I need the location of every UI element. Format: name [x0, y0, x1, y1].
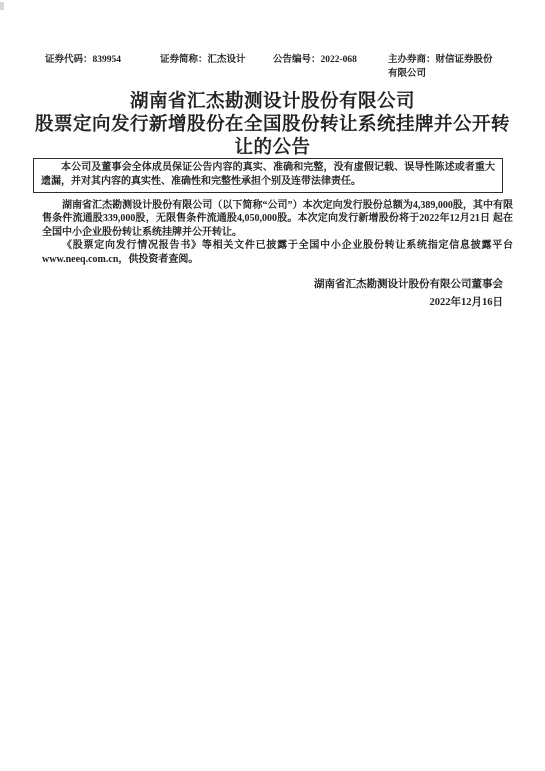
body-paragraph-issuance: 湖南省汇杰勘测设计股份有限公司（以下简称“公司”）本次定向发行股份总额为4,38… [42, 199, 513, 239]
signature-block: 湖南省汇杰勘测设计股份有限公司董事会 2022年12月16日 [314, 276, 503, 311]
security-name-label: 证券简称： [160, 55, 208, 65]
title-line-1: 湖南省汇杰勘测设计股份有限公司 [0, 91, 545, 114]
document-title: 湖南省汇杰勘测设计股份有限公司 股票定向发行新增股份在全国股份转让系统挂牌并公开… [0, 91, 545, 160]
security-code-field: 证券代码：839954 [45, 54, 160, 81]
announcement-number-label: 公告编号： [273, 55, 321, 65]
document-header: 证券代码：839954 证券简称：汇杰设计 公告编号：2022-068 主办券商… [45, 54, 515, 81]
signature-company: 湖南省汇杰勘测设计股份有限公司董事会 [314, 276, 503, 294]
security-code-label: 证券代码： [45, 55, 93, 65]
body-paragraph-disclosure: 《股票定向发行情况报告书》等相关文件已披露于全国中小企业股份转让系统指定信息披露… [42, 239, 513, 266]
title-line-2: 股票定向发行新增股份在全国股份转让系统挂牌并公开转 [0, 114, 545, 137]
sponsor-broker-field: 主办券商：财信证券股份有限公司 [388, 54, 494, 81]
security-name-field: 证券简称：汇杰设计 [160, 54, 273, 81]
security-name-value: 汇杰设计 [208, 55, 246, 65]
announcement-number-value: 2022-068 [321, 55, 357, 65]
title-line-3: 让的公告 [0, 137, 545, 160]
signature-date: 2022年12月16日 [314, 294, 503, 312]
disclaimer-text: 本公司及董事会全体成员保证公告内容的真实、准确和完整，没有虚假记载、误导性陈述或… [41, 161, 495, 189]
document-body: 湖南省汇杰勘测设计股份有限公司（以下简称“公司”）本次定向发行股份总额为4,38… [42, 199, 513, 266]
announcement-document-page: 证券代码：839954 证券简称：汇杰设计 公告编号：2022-068 主办券商… [0, 0, 545, 771]
security-code-value: 839954 [93, 55, 122, 65]
sponsor-broker-label: 主办券商： [388, 55, 436, 65]
disclaimer-box: 本公司及董事会全体成员保证公告内容的真实、准确和完整，没有虚假记载、误导性陈述或… [33, 158, 503, 193]
scan-artifact-mark [0, 2, 4, 10]
announcement-number-field: 公告编号：2022-068 [273, 54, 388, 81]
